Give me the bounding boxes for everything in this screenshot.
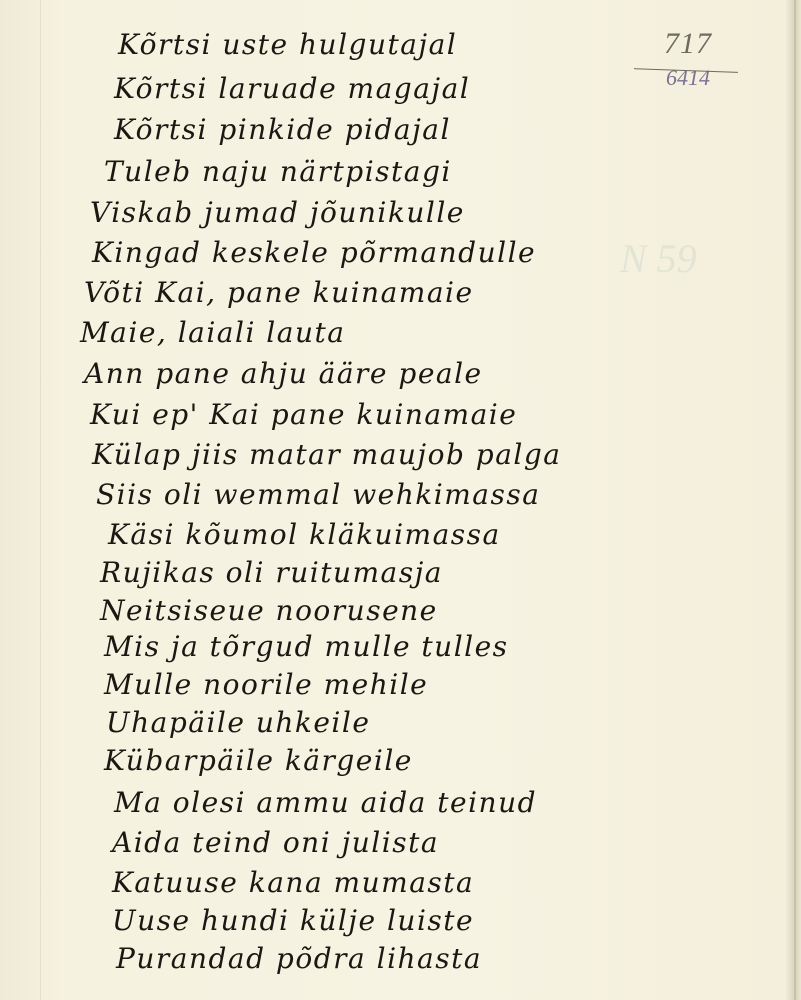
page-fold	[40, 0, 41, 1000]
verse-line: Viskab jumad jõunikulle	[90, 196, 465, 229]
verse-line: Kõrtsi uste hulgutajal	[118, 28, 457, 61]
archive-number: 717 6414	[648, 28, 728, 90]
verse-line: Kingad keskele põrmandulle	[92, 236, 536, 269]
verse-line: Mis ja tõrgud mulle tulles	[104, 630, 509, 663]
verse-line: Tuleb naju närtpistagi	[104, 155, 452, 188]
verse-line: Võti Kai, pane kuinamaie	[84, 276, 474, 309]
verse-line: Uhapäile uhkeile	[106, 706, 370, 739]
faint-bleedthrough-mark: N 59	[620, 235, 697, 282]
verse-line: Maie, laiali lauta	[80, 316, 345, 349]
verse-line: Kui ep' Kai pane kuinamaie	[90, 398, 517, 431]
verse-line: Neitsiseue noorusene	[100, 594, 438, 627]
page-edge	[794, 0, 796, 1000]
verse-line: Aida teind oni julista	[112, 826, 439, 859]
verse-line: Katuuse kana mumasta	[112, 866, 474, 899]
verse-line: Purandad põdra lihasta	[116, 942, 482, 975]
verse-line: Siis oli wemmal wehkimassa	[96, 478, 540, 511]
verse-line: Külap jiis matar maujob palga	[92, 438, 561, 471]
verse-line: Kõrtsi laruade magajal	[114, 72, 470, 105]
archive-number-current: 717	[648, 28, 728, 60]
verse-line: Käsi kõumol kläkuimassa	[108, 518, 501, 551]
verse-line: Kübarpäile kärgeile	[104, 744, 413, 777]
archive-number-crossed: 6414	[648, 66, 728, 90]
verse-line: Uuse hundi külje luiste	[112, 904, 474, 937]
verse-line: Ma olesi ammu aida teinud	[114, 786, 537, 819]
verse-line: Kõrtsi pinkide pidajal	[114, 113, 451, 146]
manuscript-page: 717 6414 N 59 Kõrtsi uste hulgutajal Kõr…	[0, 0, 801, 1000]
verse-line: Rujikas oli ruitumasja	[100, 556, 443, 589]
verse-line: Mulle noorile mehile	[104, 668, 428, 701]
verse-line: Ann pane ahju ääre peale	[84, 357, 483, 390]
